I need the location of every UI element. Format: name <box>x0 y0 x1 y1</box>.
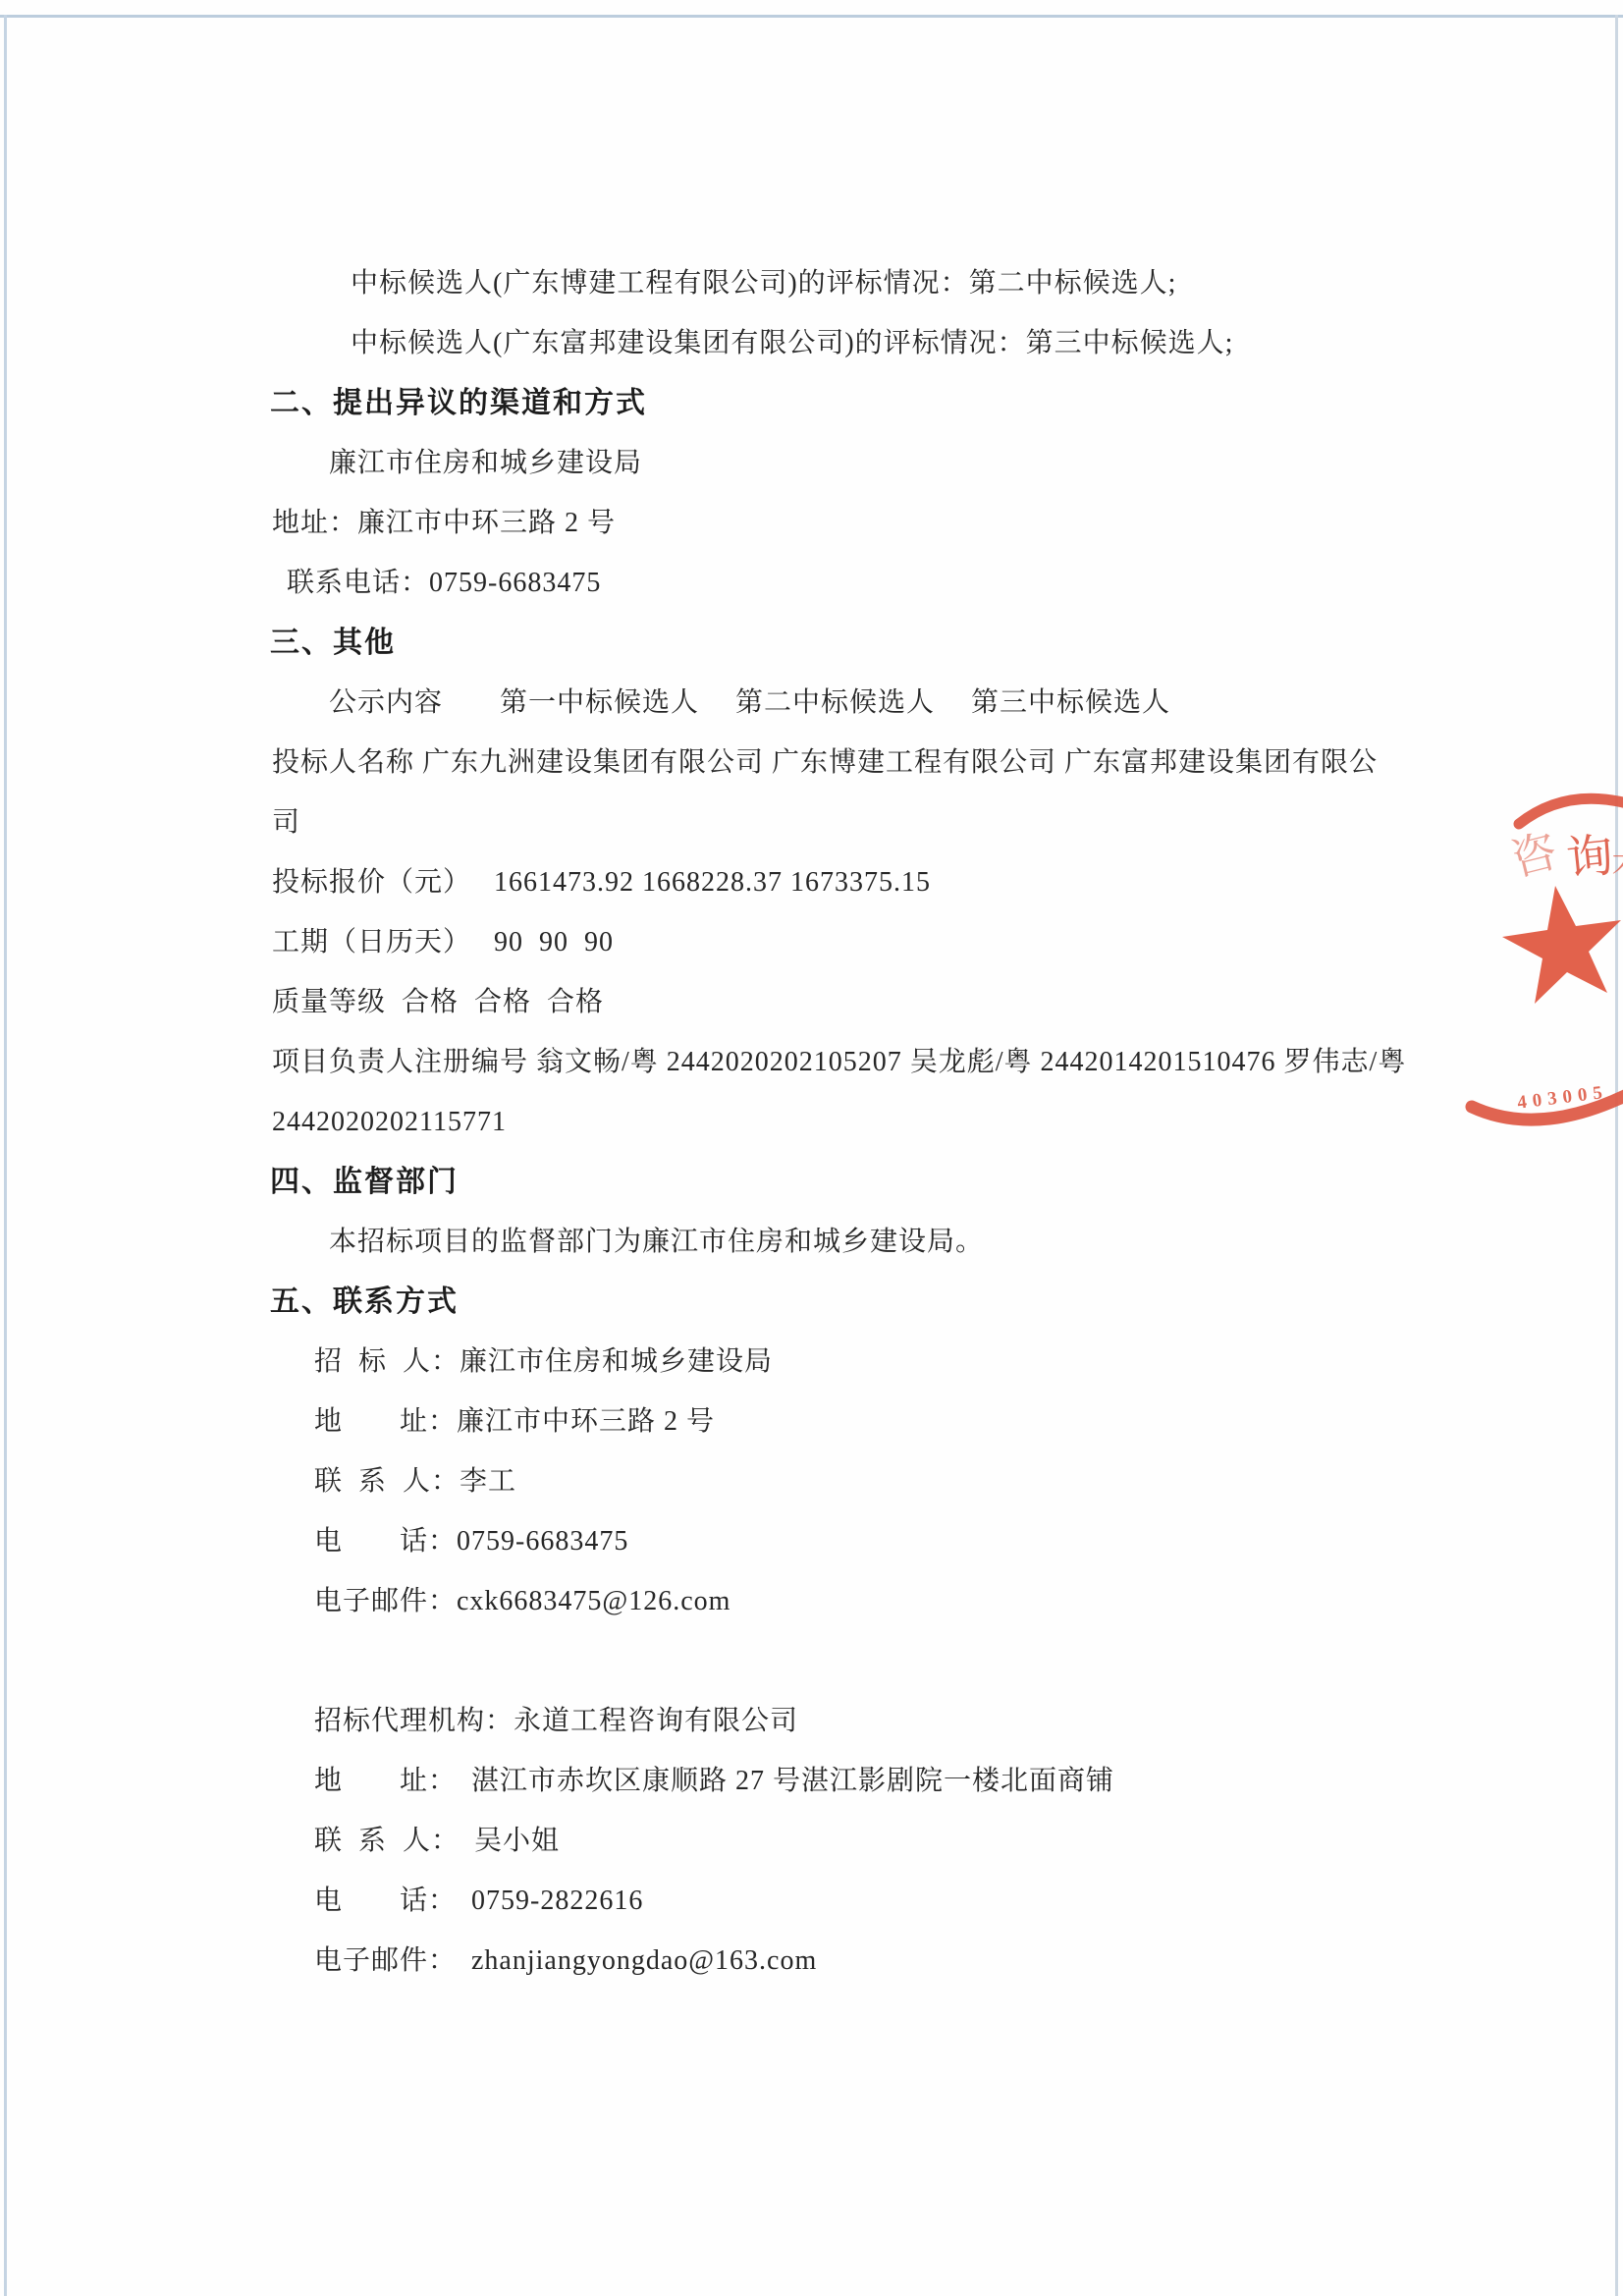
seal-char-left: 咨 <box>1506 826 1562 886</box>
tenderer-email-row: 电子邮件：cxk6683475@126.com <box>0 1586 1623 1646</box>
publicity-content-row: 公示内容 第一中标候选人 第二中标候选人 第三中标候选人 <box>0 687 1623 747</box>
bidder-names-row: 投标人名称 广东九洲建设集团有限公司 广东博建工程有限公司 广东富邦建设集团有限… <box>0 747 1623 807</box>
bidder-names-row-wrap: 司 <box>0 807 1623 867</box>
company-seal-stamp: 咨 询 有 403005 <box>1417 771 1623 1144</box>
supervision-statement: 本招标项目的监督部门为廉江市住房和城乡建设局。 <box>0 1227 1623 1286</box>
agency-address-row: 地 址： 湛江市赤坎区康顺路 27 号湛江影剧院一楼北面商铺 <box>0 1766 1623 1826</box>
objection-address: 地址：廉江市中环三路 2 号 <box>0 508 1623 568</box>
scanned-document-page: 中标候选人(广东博建工程有限公司)的评标情况：第二中标候选人;中标候选人(广东富… <box>0 0 1623 2296</box>
project-manager-row: 项目负责人注册编号 翁文畅/粤 2442020202105207 吴龙彪/粤 2… <box>0 1047 1623 1107</box>
bid-price-row: 投标报价（元） 1661473.92 1668228.37 1673375.15 <box>0 867 1623 927</box>
scan-border-top <box>0 15 1623 18</box>
objection-phone: 联系电话：0759-6683475 <box>0 568 1623 628</box>
agency-email-row: 电子邮件： zhanjiangyongdao@163.com <box>0 1945 1623 2005</box>
section-4-heading: 四、监督部门 <box>0 1167 1623 1227</box>
agency-contact-row: 联 系 人： 吴小姐 <box>0 1826 1623 1886</box>
tenderer-row: 招 标 人：廉江市住房和城乡建设局 <box>0 1346 1623 1406</box>
agency-phone-row: 电 话： 0759-2822616 <box>0 1886 1623 1945</box>
tenderer-phone-row: 电 话：0759-6683475 <box>0 1526 1623 1586</box>
project-manager-row-wrap: 2442020202115771 <box>0 1107 1623 1167</box>
seal-char-right: 询 <box>1564 830 1616 887</box>
tenderer-contact-row: 联 系 人：李工 <box>0 1466 1623 1526</box>
section-5-heading: 五、联系方式 <box>0 1286 1623 1346</box>
candidate-3-evaluation: 中标候选人(广东富邦建设集团有限公司)的评标情况：第三中标候选人; <box>0 328 1623 388</box>
seal-ring-top-arc <box>1519 798 1623 824</box>
document-body: 中标候选人(广东博建工程有限公司)的评标情况：第二中标候选人;中标候选人(广东富… <box>0 268 1623 2005</box>
section-3-heading: 三、其他 <box>0 628 1623 687</box>
duration-row: 工期（日历天） 90 90 90 <box>0 927 1623 987</box>
seal-char-edge: 有 <box>1611 847 1623 895</box>
tenderer-address-row: 地 址：廉江市中环三路 2 号 <box>0 1406 1623 1466</box>
section-2-heading: 二、提出异议的渠道和方式 <box>0 388 1623 448</box>
quality-grade-row: 质量等级 合格 合格 合格 <box>0 987 1623 1047</box>
candidate-2-evaluation: 中标候选人(广东博建工程有限公司)的评标情况：第二中标候选人; <box>0 268 1623 328</box>
agency-row: 招标代理机构：永道工程咨询有限公司 <box>0 1706 1623 1766</box>
seal-star-icon <box>1502 886 1621 1004</box>
objection-department: 廉江市住房和城乡建设局 <box>0 448 1623 508</box>
